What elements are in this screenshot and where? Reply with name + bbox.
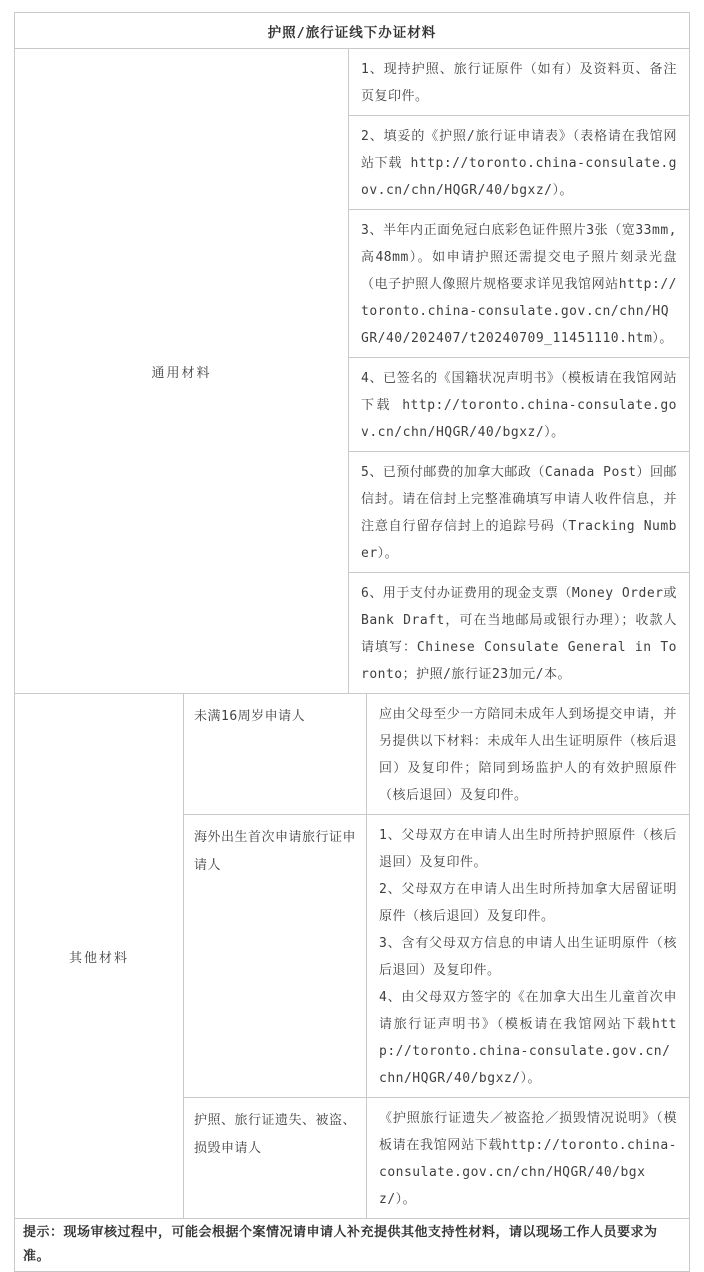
general-items-column: 1、现持护照、旅行证原件（如有）及资料页、备注页复印件。 2、填妥的《护照/旅行… — [349, 49, 689, 693]
subcategory-overseas-born-label: 海外出生首次申请旅行证申请人 — [184, 815, 367, 1097]
category-cell-other: 其他材料 — [15, 694, 184, 1218]
general-item-3: 3、半年内正面免冠白底彩色证件照片3张（宽33mm,高48mm）。如申请护照还需… — [349, 210, 689, 358]
paragraph: 2、父母双方在申请人出生时所持加拿大居留证明原件（核后退回）及复印件。 — [379, 876, 677, 930]
paragraph: 4、由父母双方签字的《在加拿大出生儿童首次申请旅行证声明书》（模板请在我馆网站下… — [379, 984, 677, 1092]
table-title: 护照/旅行证线下办证材料 — [15, 13, 689, 49]
paragraph: 《护照旅行证遗失／被盗抢／损毁情况说明》（模板请在我馆网站下载http://to… — [379, 1105, 677, 1213]
subrow-lost-stolen-damaged: 护照、旅行证遗失、被盗、损毁申请人 《护照旅行证遗失／被盗抢／损毁情况说明》（模… — [184, 1098, 689, 1218]
paragraph: 3、含有父母双方信息的申请人出生证明原件（核后退回）及复印件。 — [379, 930, 677, 984]
subrow-overseas-born: 海外出生首次申请旅行证申请人 1、父母双方在申请人出生时所持护照原件（核后退回）… — [184, 815, 689, 1098]
subrow-under-16-content: 应由父母至少一方陪同未成年人到场提交申请，并另提供以下材料：未成年人出生证明原件… — [367, 694, 689, 814]
subrow-under-16: 未满16周岁申请人 应由父母至少一方陪同未成年人到场提交申请，并另提供以下材料：… — [184, 694, 689, 815]
materials-table: 护照/旅行证线下办证材料 通用材料 1、现持护照、旅行证原件（如有）及资料页、备… — [14, 12, 690, 1272]
section-general-materials: 通用材料 1、现持护照、旅行证原件（如有）及资料页、备注页复印件。 2、填妥的《… — [15, 49, 689, 694]
subrow-lost-stolen-damaged-content: 《护照旅行证遗失／被盗抢／损毁情况说明》（模板请在我馆网站下载http://to… — [367, 1098, 689, 1218]
subcategory-lost-stolen-damaged-label: 护照、旅行证遗失、被盗、损毁申请人 — [184, 1098, 367, 1218]
footer-note: 提示：现场审核过程中，可能会根据个案情况请申请人补充提供其他支持性材料，请以现场… — [15, 1219, 689, 1271]
paragraph: 1、父母双方在申请人出生时所持护照原件（核后退回）及复印件。 — [379, 822, 677, 876]
general-item-1: 1、现持护照、旅行证原件（如有）及资料页、备注页复印件。 — [349, 49, 689, 116]
other-materials-subrows: 未满16周岁申请人 应由父母至少一方陪同未成年人到场提交申请，并另提供以下材料：… — [184, 694, 689, 1218]
subrow-overseas-born-content: 1、父母双方在申请人出生时所持护照原件（核后退回）及复印件。 2、父母双方在申请… — [367, 815, 689, 1097]
general-item-4: 4、已签名的《国籍状况声明书》（模板请在我馆网站下载 http://toront… — [349, 358, 689, 452]
category-cell-general: 通用材料 — [15, 49, 349, 693]
subcategory-under-16-label: 未满16周岁申请人 — [184, 694, 367, 814]
general-item-5: 5、已预付邮费的加拿大邮政（Canada Post）回邮信封。请在信封上完整准确… — [349, 452, 689, 573]
general-item-6: 6、用于支付办证费用的现金支票（Money Order或Bank Draft，可… — [349, 573, 689, 693]
paragraph: 应由父母至少一方陪同未成年人到场提交申请，并另提供以下材料：未成年人出生证明原件… — [379, 701, 677, 809]
section-other-materials: 其他材料 未满16周岁申请人 应由父母至少一方陪同未成年人到场提交申请，并另提供… — [15, 694, 689, 1219]
general-item-2: 2、填妥的《护照/旅行证申请表》（表格请在我馆网站下载 http://toron… — [349, 116, 689, 210]
document-page: 护照/旅行证线下办证材料 通用材料 1、现持护照、旅行证原件（如有）及资料页、备… — [0, 0, 704, 1180]
